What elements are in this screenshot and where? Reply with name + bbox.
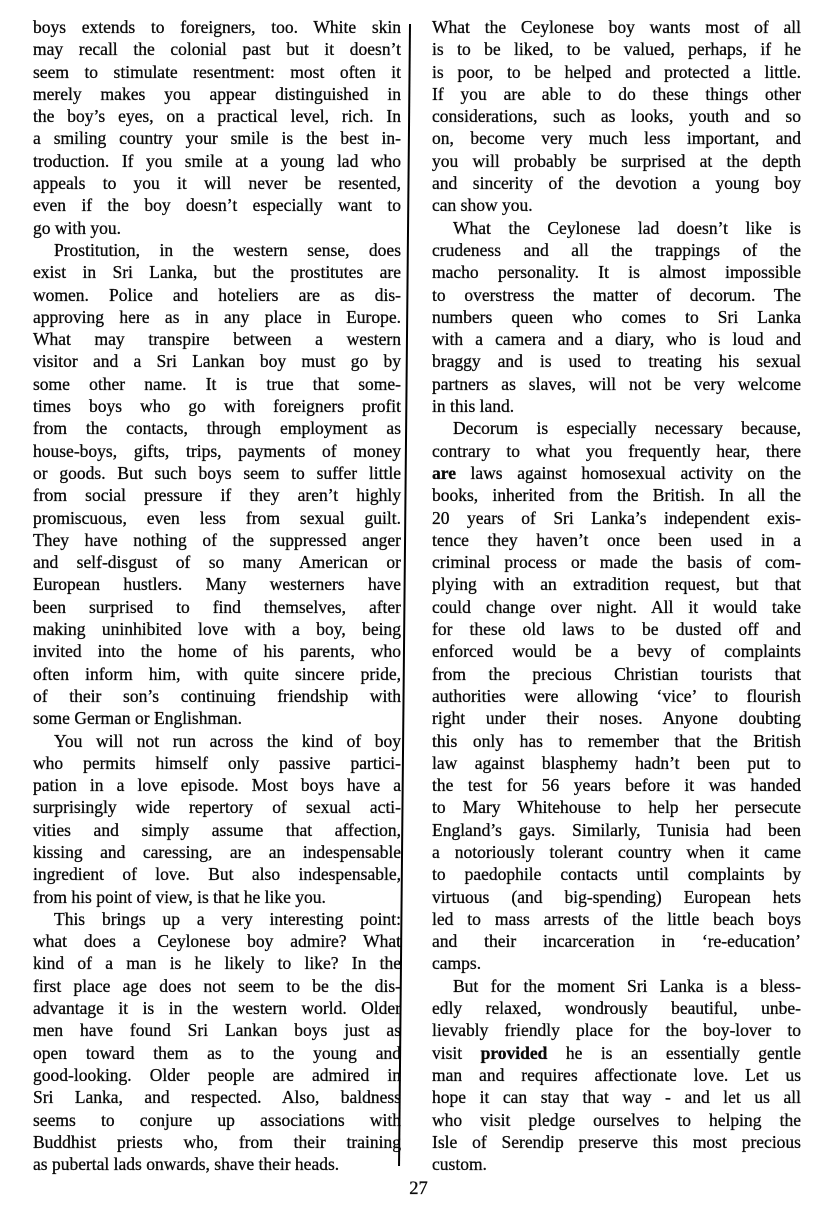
text-line: What may transpire between a western <box>33 328 401 350</box>
text-line: what does a Ceylonese boy admire? What <box>33 930 401 952</box>
text-line: camps. <box>432 952 801 974</box>
text-line: good-looking. Older people are admired i… <box>33 1064 401 1086</box>
text-line: braggy and is used to treating his sexua… <box>432 350 801 372</box>
text-line: macho personality. It is almost impossib… <box>432 261 801 283</box>
text-line: custom. <box>432 1153 801 1175</box>
text-line: is to be liked, to be valued, perhaps, i… <box>432 38 801 60</box>
text-line: can show you. <box>432 194 801 216</box>
paragraph: But for the moment Sri Lanka is a bless-… <box>432 975 801 1176</box>
text-line: for these old laws to be dusted off and <box>432 618 801 640</box>
text-line: What the Ceylonese boy wants most of all <box>432 16 801 38</box>
text-line: surprisingly wide repertory of sexual ac… <box>33 796 401 818</box>
text-line: tence they haven’t once been used in a <box>432 529 801 551</box>
text-line: troduction. If you smile at a young lad … <box>33 150 401 172</box>
text-line: European hustlers. Many westerners have <box>33 573 401 595</box>
text-line: or goods. But such boys seem to suffer l… <box>33 462 401 484</box>
text-line: promiscuous, even less from sexual guilt… <box>33 507 401 529</box>
text-line: man and requires affectionate love. Let … <box>432 1064 801 1086</box>
text-line: lievably friendly place for the boy-love… <box>432 1019 801 1041</box>
text-line: and their incarceration in ‘re-education… <box>432 930 801 952</box>
text-line: with a camera and a diary, who is loud a… <box>432 328 801 350</box>
text-line: the boy’s eyes, on a practical level, ri… <box>33 105 401 127</box>
text-line: some other name. It is true that some- <box>33 373 401 395</box>
text-line: kind of a man is he likely to like? In t… <box>33 952 401 974</box>
text-line: hope it can stay that way - and let us a… <box>432 1086 801 1108</box>
text-line: numbers queen who comes to Sri Lanka <box>432 306 801 328</box>
text-line: plying with an extradition request, but … <box>432 573 801 595</box>
text-line: visitor and a Sri Lankan boy must go by <box>33 350 401 372</box>
text-line: crudeness and all the trappings of the <box>432 239 801 261</box>
text-line: to Mary Whitehouse to help her persecute <box>432 796 801 818</box>
text-line: merely makes you appear distinguished in <box>33 83 401 105</box>
text-line: law against blasphemy hadn’t been put to <box>432 752 801 774</box>
text-line: the test for 56 years before it was hand… <box>432 774 801 796</box>
text-line: a notoriously tolerant country when it c… <box>432 841 801 863</box>
text-line: Prostitution, in the western sense, does <box>33 239 401 261</box>
text-line: are laws against homosexual activity on … <box>432 462 801 484</box>
paragraph: This brings up a very interesting point:… <box>33 908 401 1176</box>
text-line: go with you. <box>33 217 401 239</box>
text-line: women. Police and hoteliers are as dis- <box>33 284 401 306</box>
text-line: to paedophile contacts until complaints … <box>432 863 801 885</box>
text-line: even if the boy doesn’t especially want … <box>33 194 401 216</box>
text-line: advantage it is in the western world. Ol… <box>33 997 401 1019</box>
paragraph: Decorum is especially necessary because,… <box>432 417 801 974</box>
text-line: books, inherited from the British. In al… <box>432 484 801 506</box>
text-line: from the precious Christian tourists tha… <box>432 663 801 685</box>
text-line: right under their noses. Anyone doubting <box>432 707 801 729</box>
text-line: first place age does not seem to be the … <box>33 975 401 997</box>
text-line: who visit pledge ourselves to helping th… <box>432 1109 801 1131</box>
document-page: boys extends to foreigners, too. White s… <box>0 0 819 1211</box>
text-column-left: boys extends to foreigners, too. White s… <box>33 16 401 1175</box>
text-line: on, become very much less important, and <box>432 127 801 149</box>
text-line: Isle of Serendip preserve this most prec… <box>432 1131 801 1153</box>
text-line: approving here as in any place in Europe… <box>33 306 401 328</box>
text-line: times boys who go with foreigners profit <box>33 395 401 417</box>
text-line: partners as slaves, will not be very wel… <box>432 373 801 395</box>
text-line: kissing and caressing, are an indespensa… <box>33 841 401 863</box>
text-line: You will not run across the kind of boy <box>33 730 401 752</box>
text-line: making uninhibited love with a boy, bein… <box>33 618 401 640</box>
text-line: this only has to remember that the Briti… <box>432 730 801 752</box>
text-line: They have nothing of the suppressed ange… <box>33 529 401 551</box>
paragraph: You will not run across the kind of boyw… <box>33 730 401 908</box>
text-line: some German or Englishman. <box>33 707 401 729</box>
text-line: This brings up a very interesting point: <box>33 908 401 930</box>
text-line: of their son’s continuing friendship wit… <box>33 685 401 707</box>
text-line: from the contacts, through employment as <box>33 417 401 439</box>
text-line: visit provided he is an essentially gent… <box>432 1042 801 1064</box>
text-line: pation in a love episode. Most boys have… <box>33 774 401 796</box>
text-line: often inform him, with quite sincere pri… <box>33 663 401 685</box>
text-line: is poor, to be helped and protected a li… <box>432 61 801 83</box>
text-column-right: What the Ceylonese boy wants most of all… <box>432 16 801 1175</box>
text-line: open toward them as to the young and <box>33 1042 401 1064</box>
text-line: who permits himself only passive partici… <box>33 752 401 774</box>
paragraph: Prostitution, in the western sense, does… <box>33 239 401 730</box>
text-line: exist in Sri Lanka, but the prostitutes … <box>33 261 401 283</box>
text-line: invited into the home of his parents, wh… <box>33 640 401 662</box>
text-line: vities and simply assume that affection, <box>33 819 401 841</box>
text-line: considerations, such as looks, youth and… <box>432 105 801 127</box>
text-line: Sri Lanka, and respected. Also, baldness <box>33 1086 401 1108</box>
page-number: 27 <box>0 1179 819 1200</box>
text-line: 20 years of Sri Lanka’s independent exis… <box>432 507 801 529</box>
text-line: seem to stimulate resentment: most often… <box>33 61 401 83</box>
paragraph: What the Ceylonese lad doesn’t like iscr… <box>432 217 801 418</box>
text-line: seems to conjure up associations with <box>33 1109 401 1131</box>
text-line: What the Ceylonese lad doesn’t like is <box>432 217 801 239</box>
text-line: boys extends to foreigners, too. White s… <box>33 16 401 38</box>
text-line: house-boys, gifts, trips, payments of mo… <box>33 440 401 462</box>
text-line: Buddhist priests who, from their trainin… <box>33 1131 401 1153</box>
text-line: been surprised to find themselves, after <box>33 596 401 618</box>
text-line: led to mass arrests of the little beach … <box>432 908 801 930</box>
text-line: to overstress the matter of decorum. The <box>432 284 801 306</box>
text-line: contrary to what you frequently hear, th… <box>432 440 801 462</box>
text-line: But for the moment Sri Lanka is a bless- <box>432 975 801 997</box>
text-line: authorities were allowing ‘vice’ to flou… <box>432 685 801 707</box>
text-line: virtuous (and big-spending) European het… <box>432 886 801 908</box>
text-line: and self-disgust of so many American or <box>33 551 401 573</box>
text-line: from his point of view, is that he like … <box>33 886 401 908</box>
paragraph: boys extends to foreigners, too. White s… <box>33 16 401 239</box>
text-line: enforced would be a bevy of complaints <box>432 640 801 662</box>
text-line: appeals to you it will never be resented… <box>33 172 401 194</box>
text-line: If you are able to do these things other <box>432 83 801 105</box>
text-line: in this land. <box>432 395 801 417</box>
text-line: from social pressure if they aren’t high… <box>33 484 401 506</box>
text-line: and sincerity of the devotion a young bo… <box>432 172 801 194</box>
text-line: England’s gays. Similarly, Tunisia had b… <box>432 819 801 841</box>
text-line: edly relaxed, wondrously beautiful, unbe… <box>432 997 801 1019</box>
paragraph: What the Ceylonese boy wants most of all… <box>432 16 801 217</box>
text-line: as pubertal lads onwards, shave their he… <box>33 1153 401 1175</box>
text-line: you will probably be surprised at the de… <box>432 150 801 172</box>
text-line: men have found Sri Lankan boys just as <box>33 1019 401 1041</box>
text-line: ingredient of love. But also indespensab… <box>33 863 401 885</box>
text-line: may recall the colonial past but it does… <box>33 38 401 60</box>
text-line: a smiling country your smile is the best… <box>33 127 401 149</box>
text-line: Decorum is especially necessary because, <box>432 417 801 439</box>
text-line: could change over night. All it would ta… <box>432 596 801 618</box>
text-line: criminal process or made the basis of co… <box>432 551 801 573</box>
